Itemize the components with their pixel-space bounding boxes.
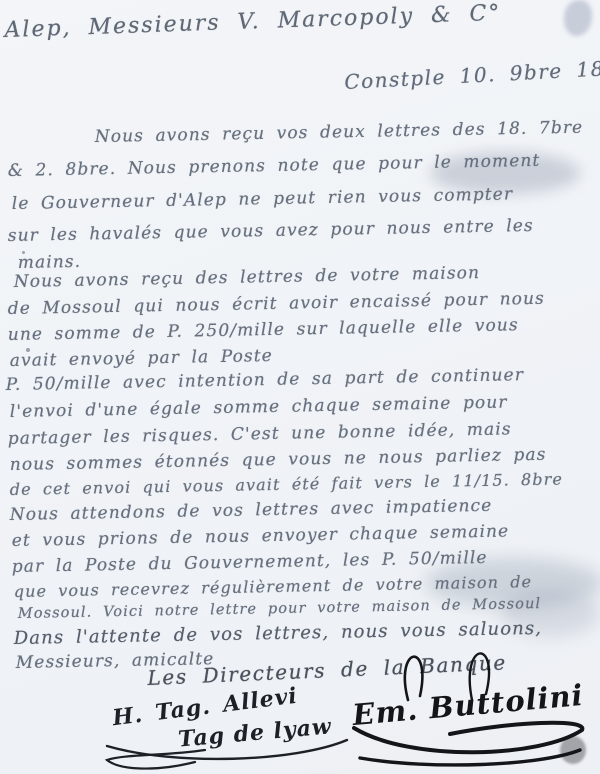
letter-line: Nous avons reçu vos deux lettres des 18.… — [95, 118, 584, 147]
letter-line: Mossoul. Voici notre lettre pour votre m… — [18, 596, 542, 622]
letter-line: le Gouverneur d'Alep ne peut rien vous c… — [12, 184, 514, 214]
ink-stain-top-right — [564, 0, 592, 36]
letter-line: l'envoi d'une égale somme chaque semaine… — [10, 392, 508, 422]
letter-line: une somme de P. 250/mille sur laquelle e… — [8, 315, 519, 345]
letter-page: Alep, Messieurs V. Marcopoly & C° Constp… — [0, 0, 600, 774]
letter-line: Nous attendons de vos lettres avec impat… — [10, 496, 493, 525]
signature-right-loops — [380, 636, 550, 702]
signature-left-flourish — [95, 736, 365, 772]
letter-line: partager les risques. C'est une bonne id… — [8, 419, 512, 449]
letter-line: Nous avons reçu des lettres de votre mai… — [14, 263, 481, 292]
letter-line: de cet envoi qui vous avait été fait ver… — [10, 469, 564, 499]
dateline: Constple 10. 9bre 1854 — [344, 55, 600, 94]
signature-right-flourish — [340, 700, 596, 770]
letter-line: sur les havalés que vous avez pour nous … — [8, 216, 534, 246]
letter-line: et vous prions de nous envoyer chaque se… — [12, 521, 510, 551]
letter-line: mains. — [18, 252, 82, 273]
letter-line: avait envoyé par la Poste — [10, 346, 273, 371]
letter-line: de Mossoul qui nous écrit avoir encaissé… — [8, 289, 545, 319]
letter-line: & 2. 8bre. Nous prenons note que pour le… — [8, 151, 541, 181]
recipient-line: Alep, Messieurs V. Marcopoly & C° — [4, 1, 502, 43]
letter-line: par la Poste du Gouvernement, les P. 50/… — [12, 548, 488, 577]
